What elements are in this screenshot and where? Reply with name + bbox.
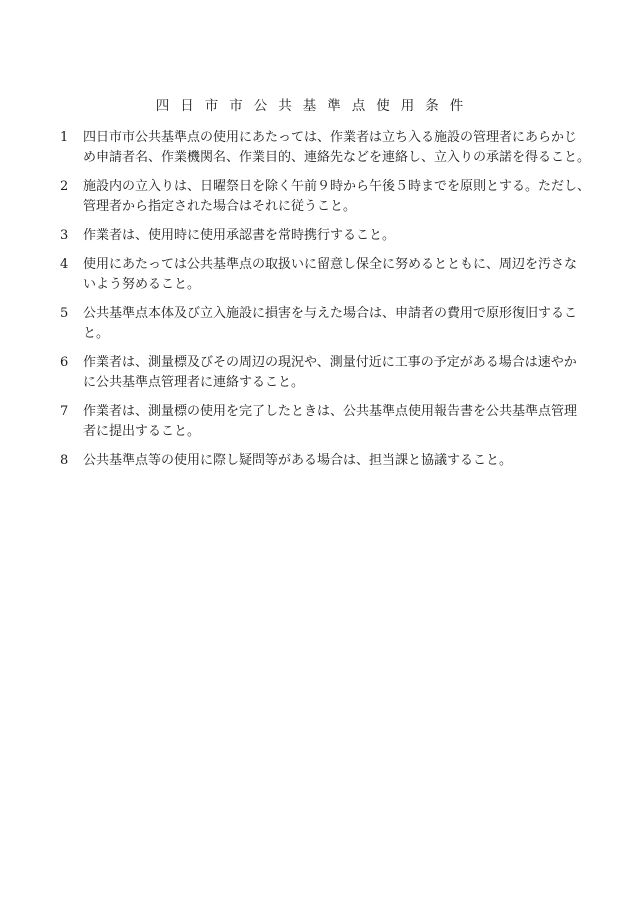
item-number: 6	[60, 353, 83, 373]
list-item: 4 使用にあたっては公共基準点の取扱いに留意し保全に努めるとともに、周辺を汚さな…	[60, 255, 590, 295]
list-item: 5 公共基準点本体及び立入施設に損害を与えた場合は、申請者の費用で原形復旧するこ…	[60, 304, 590, 344]
item-number: 3	[60, 226, 83, 246]
item-number: 5	[60, 304, 83, 324]
list-item: 2 施設内の立入りは、日曜祭日を除く午前９時から午後５時までを原則とする。ただし…	[60, 177, 590, 217]
list-item: 3 作業者は、使用時に使用承認書を常時携行すること。	[60, 226, 590, 246]
item-text: 作業者は、測量標の使用を完了したときは、公共基準点使用報告書を公共基準点管理 者…	[83, 402, 590, 442]
item-number: 4	[60, 255, 83, 275]
item-number: 7	[60, 402, 83, 422]
item-text: 使用にあたっては公共基準点の取扱いに留意し保全に努めるとともに、周辺を汚さな い…	[83, 255, 590, 295]
item-text: 公共基準点等の使用に際し疑問等がある場合は、担当課と協議すること。	[83, 451, 590, 471]
item-text: 四日市市公共基準点の使用にあたっては、作業者は立ち入る施設の管理者にあらかじ め…	[83, 128, 590, 168]
item-number: 2	[60, 177, 83, 197]
list-item: 6 作業者は、測量標及びその周辺の現況や、測量付近に工事の予定がある場合は速やか…	[60, 353, 590, 393]
item-text: 作業者は、測量標及びその周辺の現況や、測量付近に工事の予定がある場合は速やか に…	[83, 353, 590, 393]
item-number: 1	[60, 128, 83, 148]
document-title: 四日市市公共基準点使用条件	[0, 97, 630, 115]
item-text: 作業者は、使用時に使用承認書を常時携行すること。	[83, 226, 590, 246]
item-number: 8	[60, 451, 83, 471]
item-text: 施設内の立入りは、日曜祭日を除く午前９時から午後５時までを原則とする。ただし、 …	[83, 177, 590, 217]
list-item: 1 四日市市公共基準点の使用にあたっては、作業者は立ち入る施設の管理者にあらかじ…	[60, 128, 590, 168]
list-item: 8 公共基準点等の使用に際し疑問等がある場合は、担当課と協議すること。	[60, 451, 590, 471]
document-page: 四日市市公共基準点使用条件 1 四日市市公共基準点の使用にあたっては、作業者は立…	[0, 0, 630, 915]
list-item: 7 作業者は、測量標の使用を完了したときは、公共基準点使用報告書を公共基準点管理…	[60, 402, 590, 442]
item-text: 公共基準点本体及び立入施設に損害を与えた場合は、申請者の費用で原形復旧するこ と…	[83, 304, 590, 344]
conditions-list: 1 四日市市公共基準点の使用にあたっては、作業者は立ち入る施設の管理者にあらかじ…	[0, 128, 630, 471]
